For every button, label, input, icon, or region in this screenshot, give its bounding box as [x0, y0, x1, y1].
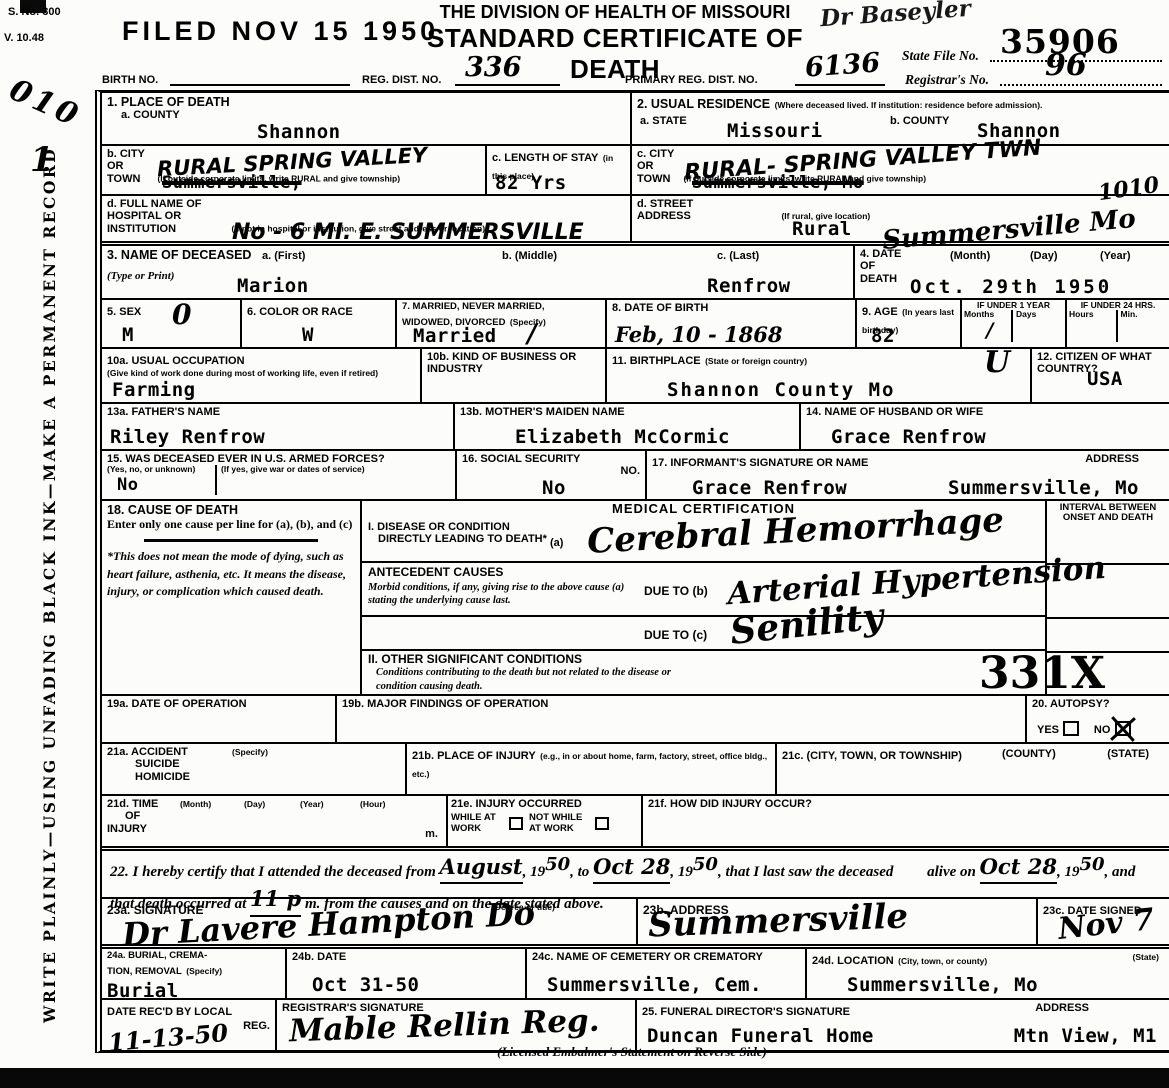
- signature-address-cell: 23b. ADDRESS Summersville: [638, 899, 1038, 944]
- row-parents: 13a. FATHER'S NAME Riley Renfrow 13b. MO…: [102, 404, 1169, 451]
- death-month-label: (Month): [950, 250, 990, 262]
- stay-label: c. LENGTH OF STAY: [492, 152, 598, 164]
- operation-findings-label: 19b. MAJOR FINDINGS OF OPERATION: [342, 698, 1020, 710]
- date-received-cell: DATE REC'D BY LOCAL REG. 11-13-50: [102, 1000, 277, 1050]
- father-value: Riley Renfrow: [110, 426, 265, 448]
- row-burial: 24a. BURIAL, CREMA- TION, REMOVAL (Speci…: [102, 947, 1169, 1000]
- hospital-label: d. FULL NAME OF HOSPITAL OR INSTITUTION: [107, 198, 227, 235]
- occupation-paren: (Give kind of work done during most of w…: [107, 369, 415, 378]
- funeral-director-label: 25. FUNERAL DIRECTOR'S SIGNATURE: [642, 1006, 850, 1018]
- not-while-label: NOT WHILE AT WORK: [529, 813, 589, 834]
- birth-no-line: [170, 84, 350, 86]
- death-day-label: (Day): [1030, 250, 1058, 262]
- burial-state-paren: (State): [1133, 953, 1159, 962]
- sex-cell: 5. SEX 0 M: [102, 300, 242, 347]
- ssn-cell: 16. SOCIAL SECURITY NO. No: [457, 451, 647, 499]
- death-year-label: (Year): [1100, 250, 1131, 262]
- autopsy-yes-label: YES: [1037, 724, 1059, 736]
- row-registrar: DATE REC'D BY LOCAL REG. 11-13-50 REGIST…: [102, 1000, 1169, 1050]
- certify-cell: 22. I hereby certify that I attended the…: [102, 851, 1169, 897]
- mother-cell: 13b. MOTHER'S MAIDEN NAME Elizabeth McCo…: [455, 404, 801, 449]
- last-name-value: Renfrow: [707, 275, 791, 297]
- injury-occurred-cell: 21e. INJURY OCCURRED WHILE AT WORK NOT W…: [448, 796, 643, 846]
- scan-black-bar: [0, 1068, 1169, 1088]
- street-cell: d. STREET ADDRESS (If rural, give locati…: [632, 196, 1169, 241]
- hospital-cell: d. FULL NAME OF HOSPITAL OR INSTITUTION …: [102, 196, 632, 241]
- certify-p2: , 19: [523, 864, 546, 880]
- marital-value: Married: [413, 325, 497, 347]
- row-forces-informant: 15. WAS DECEASED EVER IN U.S. ARMED FORC…: [102, 451, 1169, 501]
- race-label: 6. COLOR OR RACE: [247, 306, 353, 318]
- while-at-work-label: WHILE AT WORK: [451, 813, 503, 834]
- first-name-value: Marion: [237, 275, 309, 297]
- embalmer-footer: (Licensed Embalmer's Statement on Revers…: [95, 1044, 1169, 1060]
- cause-a-tag: (a): [550, 537, 563, 549]
- sex-value: M: [122, 324, 134, 346]
- funeral-director-cell: 25. FUNERAL DIRECTOR'S SIGNATURE ADDRESS…: [637, 1000, 1169, 1050]
- injury-how-cell: 21f. HOW DID INJURY OCCUR?: [643, 796, 1169, 846]
- row-occupation: 10a. USUAL OCCUPATION (Give kind of work…: [102, 349, 1169, 404]
- first-name-label: a. (First): [262, 250, 305, 262]
- certify-p4: , 19: [670, 864, 693, 880]
- primary-reg-label: PRIMARY REG. DIST. NO.: [625, 74, 758, 86]
- armed-forces-cell: 15. WAS DECEASED EVER IN U.S. ARMED FORC…: [102, 451, 457, 499]
- other-conditions-note: Conditions contributing to the death but…: [362, 666, 702, 692]
- birth-date-cell: 8. DATE OF BIRTH Feb, 10 - 1868: [607, 300, 857, 347]
- interval-line-b: [1047, 617, 1169, 619]
- row-city: b. CITY OR TOWN (If outside corporate li…: [102, 146, 1169, 196]
- place-of-death-title: 1. PLACE OF DEATH: [107, 95, 625, 109]
- mother-value: Elizabeth McCormic: [515, 426, 730, 448]
- armed-forces-value: No: [117, 475, 215, 495]
- marital-label-1: 7. MARRIED, NEVER MARRIED,: [402, 302, 600, 312]
- registrar-no-value: 96: [1045, 48, 1087, 83]
- months-handwritten-mark: /: [986, 318, 993, 342]
- injury-location-cell: 21c. (CITY, TOWN, OR TOWNSHIP) (COUNTY) …: [777, 744, 1169, 794]
- birthplace-paren: (State or foreign country): [705, 356, 807, 366]
- while-at-work-checkbox: [509, 817, 523, 830]
- injury-occurred-label: 21e. INJURY OCCURRED: [451, 798, 638, 810]
- injury-kind-cell: 21a. ACCIDENT SUICIDE HOMICIDE (Specify): [102, 744, 407, 794]
- date-received-label: DATE REC'D BY LOCAL: [107, 1006, 232, 1018]
- age-under-day-cell: IF UNDER 24 HRS. Hours Min.: [1067, 300, 1169, 347]
- injury-kind-paren: (Specify): [232, 748, 268, 757]
- burial-date-label: 24b. DATE: [292, 951, 520, 963]
- ssn-value: No: [542, 477, 566, 499]
- cemetery-value: Summersville, Cem.: [547, 974, 762, 996]
- spouse-cell: 14. NAME OF HUSBAND OR WIFE Grace Renfro…: [801, 404, 1169, 449]
- autopsy-no-checkbox: [1115, 721, 1131, 736]
- row-certify: 22. I hereby certify that I attended the…: [102, 849, 1169, 899]
- injury-time-label-3: INJURY: [107, 823, 441, 835]
- hospital-handwritten: No - 6 MI. E. SUMMERSVILLE: [232, 220, 584, 245]
- last-name-label: c. (Last): [717, 250, 759, 262]
- spouse-label: 14. NAME OF HUSBAND OR WIFE: [806, 406, 1164, 418]
- deceased-name-cell: 3. NAME OF DECEASED (Type or Print) a. (…: [102, 246, 855, 298]
- injury-place-cell: 21b. PLACE OF INJURY (e.g., in or about …: [407, 744, 777, 794]
- burial-location-paren: (City, town, or county): [898, 956, 987, 966]
- industry-label: 10b. KIND OF BUSINESS OR INDUSTRY: [427, 351, 600, 376]
- form-code-1: S. No. 300: [8, 6, 61, 18]
- res-city-cell: c. CITY OR TOWN (If outside corporate li…: [632, 146, 1169, 194]
- informant-cell: 17. INFORMANT'S SIGNATURE OR NAME ADDRES…: [647, 451, 1169, 499]
- informant-address-label: ADDRESS: [1085, 453, 1139, 465]
- sex-handwritten-mark: 0: [172, 298, 191, 331]
- burial-location-label: 24d. LOCATION: [812, 955, 894, 967]
- row-injury-kind: 21a. ACCIDENT SUICIDE HOMICIDE (Specify)…: [102, 744, 1169, 796]
- industry-cell: 10b. KIND OF BUSINESS OR INDUSTRY: [422, 349, 607, 402]
- informant-label: 17. INFORMANT'S SIGNATURE OR NAME: [652, 457, 868, 469]
- certify-to-yr: 50: [693, 854, 718, 875]
- antecedent-note: Morbid conditions, if any, giving rise t…: [368, 581, 633, 607]
- birthplace-handwritten-mark: U: [984, 345, 1010, 380]
- citizen-value: USA: [1087, 368, 1123, 390]
- usual-residence-cell: 2. USUAL RESIDENCE (Where deceased lived…: [632, 93, 1169, 144]
- residence-title: 2. USUAL RESIDENCE: [637, 97, 770, 111]
- street-typed: Rural: [792, 218, 852, 240]
- row-name-deathdate: 3. NAME OF DECEASED (Type or Print) a. (…: [102, 244, 1169, 300]
- ssn-label: 16. SOCIAL SECURITY: [462, 453, 640, 465]
- certificate-form: 1. PLACE OF DEATH a. COUNTY Shannon 2. U…: [95, 90, 1169, 1053]
- birthplace-cell: 11. BIRTHPLACE (State or foreign country…: [607, 349, 1032, 402]
- res-city-label: c. CITY OR TOWN: [637, 148, 679, 185]
- race-cell: 6. COLOR OR RACE W: [242, 300, 397, 347]
- signature-cell: 23a. SIGNATURE (Degree or title) Dr Lave…: [102, 899, 638, 944]
- injury-time-hour: (Hour): [360, 800, 386, 809]
- birthplace-label: 11. BIRTHPLACE: [612, 355, 701, 367]
- operation-date-cell: 19a. DATE OF OPERATION: [102, 696, 337, 742]
- operation-findings-cell: 19b. MAJOR FINDINGS OF OPERATION: [337, 696, 1027, 742]
- injury-place-label: 21b. PLACE OF INJURY: [412, 750, 536, 762]
- birth-date-label: 8. DATE OF BIRTH: [612, 302, 850, 314]
- autopsy-no-label: NO: [1094, 724, 1111, 736]
- marital-cell: 7. MARRIED, NEVER MARRIED, WIDOWED, DIVO…: [397, 300, 607, 347]
- row-hospital-street: d. FULL NAME OF HOSPITAL OR INSTITUTION …: [102, 196, 1169, 243]
- stay-value: 82 Yrs: [495, 172, 567, 194]
- doctor-handwritten-note: Dr Baseyler: [819, 0, 971, 32]
- min-label: Min.: [1121, 310, 1168, 319]
- signature-address-script: Summersville: [647, 896, 908, 945]
- margin-vertical-note: WRITE PLAINLY—USING UNFADING BLACK INK—M…: [40, 118, 59, 1023]
- occupation-label: 10a. USUAL OCCUPATION: [107, 355, 245, 367]
- burial-location-cell: 24d. LOCATION (City, town, or county) (S…: [807, 949, 1169, 998]
- race-value: W: [302, 324, 314, 346]
- residence-title-paren: (Where deceased lived. If institution: r…: [775, 100, 1043, 110]
- informant-name-value: Grace Renfrow: [692, 477, 847, 499]
- burial-type-paren: (Specify): [186, 966, 222, 976]
- injury-time-day: (Day): [244, 800, 265, 809]
- registrar-signature-cell: REGISTRAR'S SIGNATURE Mable Rellin Reg.: [277, 1000, 637, 1050]
- certify-alive-yr: 50: [1079, 854, 1104, 875]
- state-label: a. STATE: [640, 115, 687, 127]
- sex-label: 5. SEX: [107, 306, 141, 318]
- cause-code-handwritten: 331X: [979, 648, 1105, 699]
- injury-kind-label-3: HOMICIDE: [135, 771, 400, 783]
- reg-dist-value: 336: [465, 52, 521, 83]
- form-code-2: V. 10.48: [4, 32, 44, 44]
- birthplace-value: Shannon County Mo: [667, 379, 895, 401]
- state-value: Missouri: [727, 120, 823, 142]
- mother-label: 13b. MOTHER'S MAIDEN NAME: [460, 406, 794, 418]
- cause-instruction: Enter only one cause per line for (a), (…: [107, 517, 355, 531]
- certify-from: August: [440, 852, 523, 884]
- operation-date-label: 19a. DATE OF OPERATION: [107, 698, 330, 710]
- row-signature: 23a. SIGNATURE (Degree or title) Dr Lave…: [102, 899, 1169, 946]
- primary-reg-value: 6136: [804, 47, 881, 83]
- row-cause-of-death: 18. CAUSE OF DEATH Enter only one cause …: [102, 501, 1169, 696]
- length-of-stay-cell: c. LENGTH OF STAY (in this place) 82 Yrs: [487, 146, 632, 194]
- reg-dist-line: [455, 84, 560, 86]
- occupation-value: Farming: [112, 379, 196, 401]
- cause-line-a: I. DISEASE OR CONDITION DIRECTLY LEADING…: [362, 519, 1045, 563]
- cause-line-b: ANTECEDENT CAUSES Morbid conditions, if …: [362, 563, 1045, 617]
- injury-time-cell: 21d. TIME OF INJURY (Month) (Day) (Year)…: [102, 796, 448, 846]
- antecedent-title: ANTECEDENT CAUSES: [368, 566, 503, 579]
- due-to-b-label: DUE TO (b): [644, 585, 708, 598]
- certify-p5: , that I last saw the deceased: [718, 864, 893, 880]
- hours-label: Hours: [1069, 310, 1116, 319]
- certify-p7: , 19: [1057, 864, 1080, 880]
- burial-date-cell: 24b. DATE Oct 31-50: [287, 949, 527, 998]
- birth-date-value: Feb, 10 - 1868: [615, 322, 782, 347]
- injury-loc-city-label: 21c. (CITY, TOWN, OR TOWNSHIP): [782, 750, 962, 762]
- injury-time-m: m.: [425, 828, 438, 840]
- not-while-checkbox: [595, 817, 609, 830]
- certify-from-yr: 50: [545, 854, 570, 875]
- autopsy-yes-checkbox: [1063, 721, 1079, 736]
- cause-line-c: DUE TO (c) Senility: [362, 617, 1045, 651]
- cause-label: 18. CAUSE OF DEATH: [107, 503, 355, 517]
- autopsy-label: 20. AUTOPSY?: [1032, 698, 1164, 710]
- age-value: 82: [871, 325, 895, 347]
- other-conditions: II. OTHER SIGNIFICANT CONDITIONS Conditi…: [362, 651, 1045, 693]
- certify-p1: 22. I hereby certify that I attended the…: [110, 864, 436, 880]
- middle-name-label: b. (Middle): [502, 250, 557, 262]
- informant-address-value: Summersville, Mo: [948, 477, 1139, 499]
- citizen-cell: 12. CITIZEN OF WHAT COUNTRY? USA: [1032, 349, 1169, 402]
- injury-time-year: (Year): [300, 800, 324, 809]
- county-label: a. COUNTY: [121, 109, 625, 121]
- row-operation: 19a. DATE OF OPERATION 19b. MAJOR FINDIN…: [102, 696, 1169, 744]
- age-under-year-cell: IF UNDER 1 YEAR Months / Days: [962, 300, 1067, 347]
- due-to-c-label: DUE TO (c): [644, 629, 707, 642]
- registrar-no-line: [1000, 84, 1162, 86]
- marital-handwritten-mark: /: [527, 319, 537, 349]
- res-county-label: b. COUNTY: [890, 115, 949, 127]
- autopsy-cell: 20. AUTOPSY? YES NO: [1027, 696, 1169, 742]
- certificate-title: STANDARD CERTIFICATE OF DEATH: [385, 23, 845, 85]
- street-label: d. STREET ADDRESS: [637, 198, 707, 223]
- reg-dist-label: REG. DIST. NO.: [362, 74, 441, 86]
- registrar-no-label: Registrar's No.: [905, 72, 989, 88]
- row-injury-time: 21d. TIME OF INJURY (Month) (Day) (Year)…: [102, 796, 1169, 848]
- father-cell: 13a. FATHER'S NAME Riley Renfrow: [102, 404, 455, 449]
- burial-type-label-2: TION, REMOVAL: [107, 966, 182, 977]
- injury-time-label-2: OF: [125, 810, 441, 822]
- disease-label-2: DIRECTLY LEADING TO DEATH*: [378, 533, 547, 545]
- date-signed-cell: 23c. DATE SIGNED Nov 7: [1038, 899, 1169, 944]
- place-of-death-cell: 1. PLACE OF DEATH a. COUNTY Shannon: [102, 93, 632, 144]
- interval-label: INTERVAL BETWEEN ONSET AND DEATH: [1049, 503, 1167, 524]
- certify-p6: alive on: [927, 864, 976, 880]
- days-label: Days: [1016, 310, 1063, 319]
- injury-how-label: 21f. HOW DID INJURY OCCUR?: [648, 798, 1164, 810]
- pod-city-cell: b. CITY OR TOWN (If outside corporate li…: [102, 146, 487, 194]
- burial-location-value: Summersville, Mo: [847, 974, 1038, 996]
- dept-title: THE DIVISION OF HEALTH OF MISSOURI: [405, 2, 825, 23]
- certify-alive: Oct 28: [980, 852, 1057, 884]
- cause-note: *This does not mean the mode of dying, s…: [107, 548, 355, 600]
- birth-no-label: BIRTH NO.: [102, 74, 158, 86]
- certify-p3: , to: [570, 864, 589, 880]
- ssn-label-2: NO.: [462, 465, 640, 477]
- occupation-cell: 10a. USUAL OCCUPATION (Give kind of work…: [102, 349, 422, 402]
- age-cell: 9. AGE (In years last birthday) 82: [857, 300, 962, 347]
- age-label: 9. AGE: [862, 306, 898, 318]
- spouse-value: Grace Renfrow: [831, 426, 986, 448]
- certify-to: Oct 28: [593, 852, 670, 884]
- county-value: Shannon: [257, 121, 341, 143]
- disease-label-1: I. DISEASE OR CONDITION: [368, 521, 510, 533]
- cemetery-label: 24c. NAME OF CEMETERY OR CREMATORY: [532, 951, 800, 963]
- injury-loc-county-label: (COUNTY): [1002, 748, 1056, 760]
- row-demographics: 5. SEX 0 M 6. COLOR OR RACE W 7. MARRIED…: [102, 300, 1169, 349]
- cause-divider: [144, 539, 318, 542]
- funeral-address-label: ADDRESS: [1035, 1002, 1089, 1014]
- cause-left-cell: 18. CAUSE OF DEATH Enter only one cause …: [102, 501, 362, 694]
- injury-time-month: (Month): [180, 800, 211, 809]
- armed-forces-paren2: (If yes, give war or dates of service): [221, 465, 450, 474]
- primary-reg-line: [795, 84, 885, 86]
- death-date-value: Oct. 29th 1950: [910, 276, 1112, 298]
- father-label: 13a. FATHER'S NAME: [107, 406, 448, 418]
- pod-city-label: b. CITY OR TOWN: [107, 148, 153, 185]
- state-file-label: State File No.: [902, 48, 979, 64]
- medical-certification-cell: MEDICAL CERTIFICATION I. DISEASE OR COND…: [362, 501, 1047, 694]
- armed-forces-paren1: (Yes, no, or unknown): [107, 465, 215, 474]
- burial-type-cell: 24a. BURIAL, CREMA- TION, REMOVAL (Speci…: [102, 949, 287, 998]
- cemetery-cell: 24c. NAME OF CEMETERY OR CREMATORY Summe…: [527, 949, 807, 998]
- burial-date-value: Oct 31-50: [312, 974, 419, 996]
- injury-kind-label-2: SUICIDE: [135, 758, 400, 770]
- other-conditions-title: II. OTHER SIGNIFICANT CONDITIONS: [362, 651, 1045, 666]
- injury-loc-state-label: (STATE): [1107, 748, 1149, 760]
- injury-time-label-1: 21d. TIME: [107, 798, 441, 810]
